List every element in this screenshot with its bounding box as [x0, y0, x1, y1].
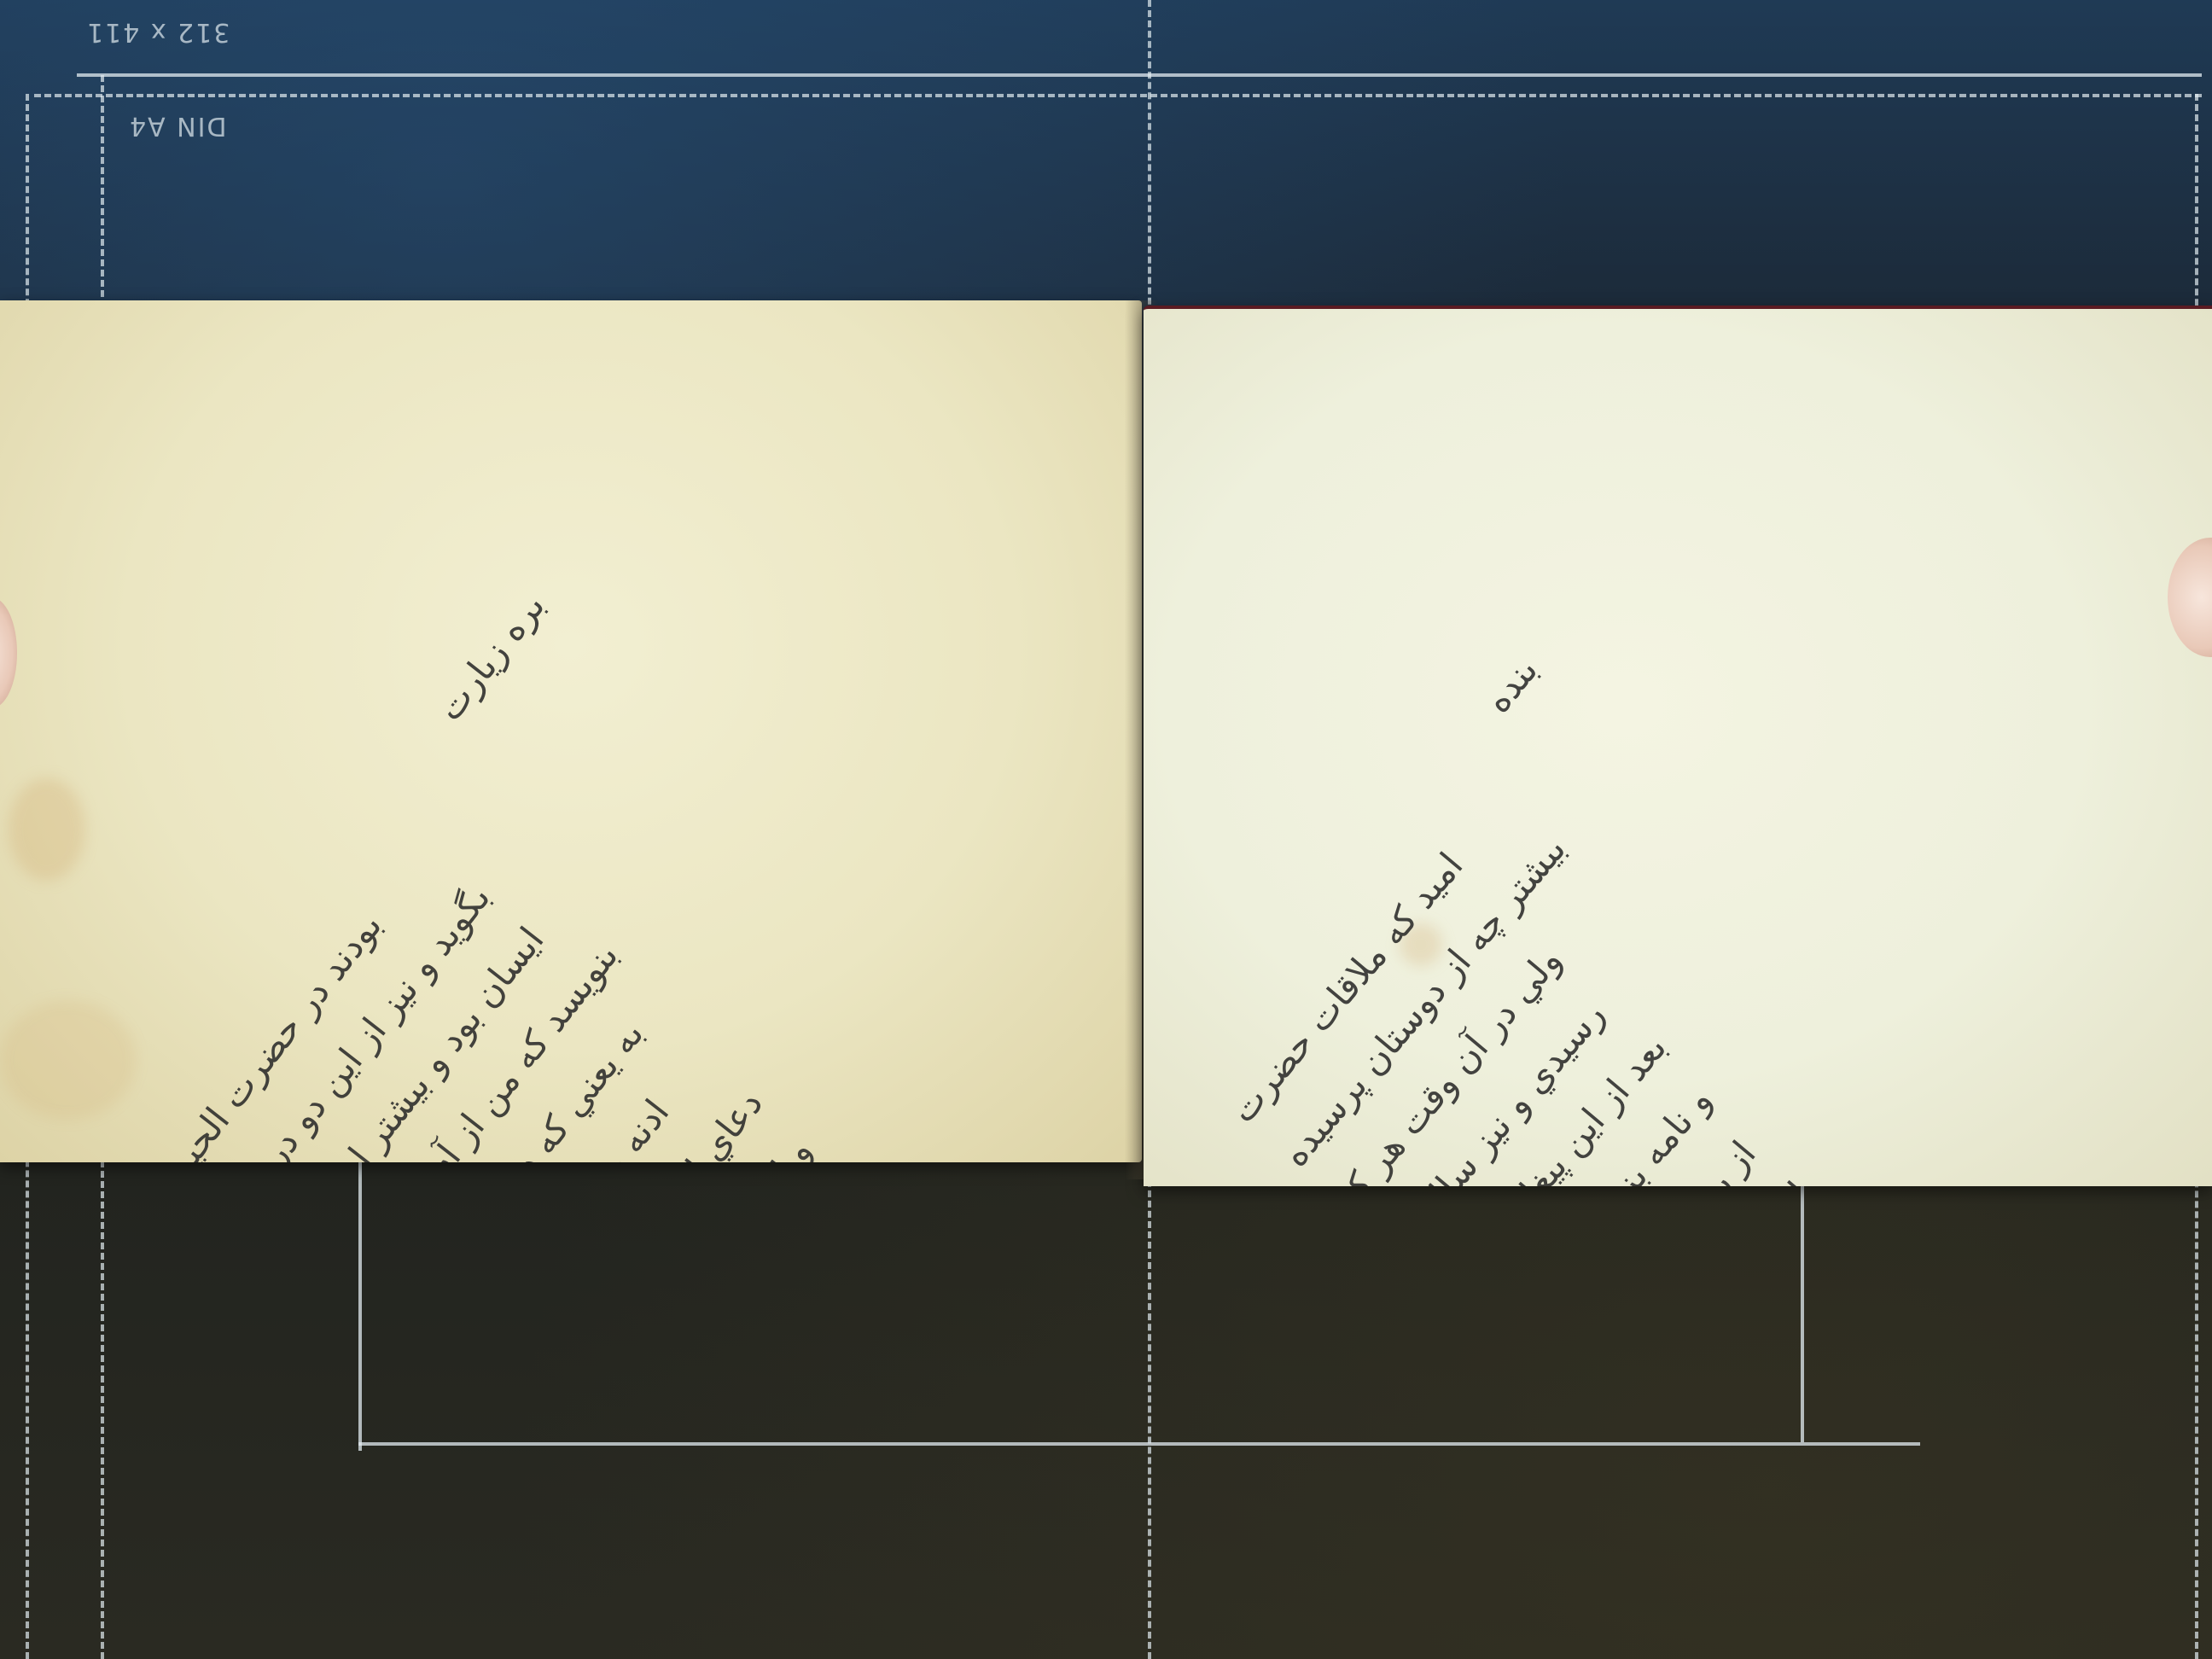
mat-guide-top-inner: [77, 73, 2202, 77]
mat-guide-inner-box-left: [358, 1161, 362, 1451]
mat-size-label: 312 x 411: [85, 17, 230, 47]
mat-guide-top-outer: [34, 94, 2202, 97]
script-line: بره زيارت: [428, 585, 553, 729]
mat-guide-inner-box-right: [1801, 1178, 1804, 1442]
manuscript-right-page: بنده اميد كه ملاقات حضرت بيشتر چه از دوس…: [1144, 306, 2212, 1186]
manuscript-left-page: بره زيارت بودند در حضرت الحيم بگويد و ني…: [0, 300, 1142, 1162]
mat-guide-inner-box-bottom: [358, 1442, 1920, 1446]
script-line: بنده: [1476, 649, 1546, 721]
mat-format-label: DIN A4: [128, 111, 227, 141]
